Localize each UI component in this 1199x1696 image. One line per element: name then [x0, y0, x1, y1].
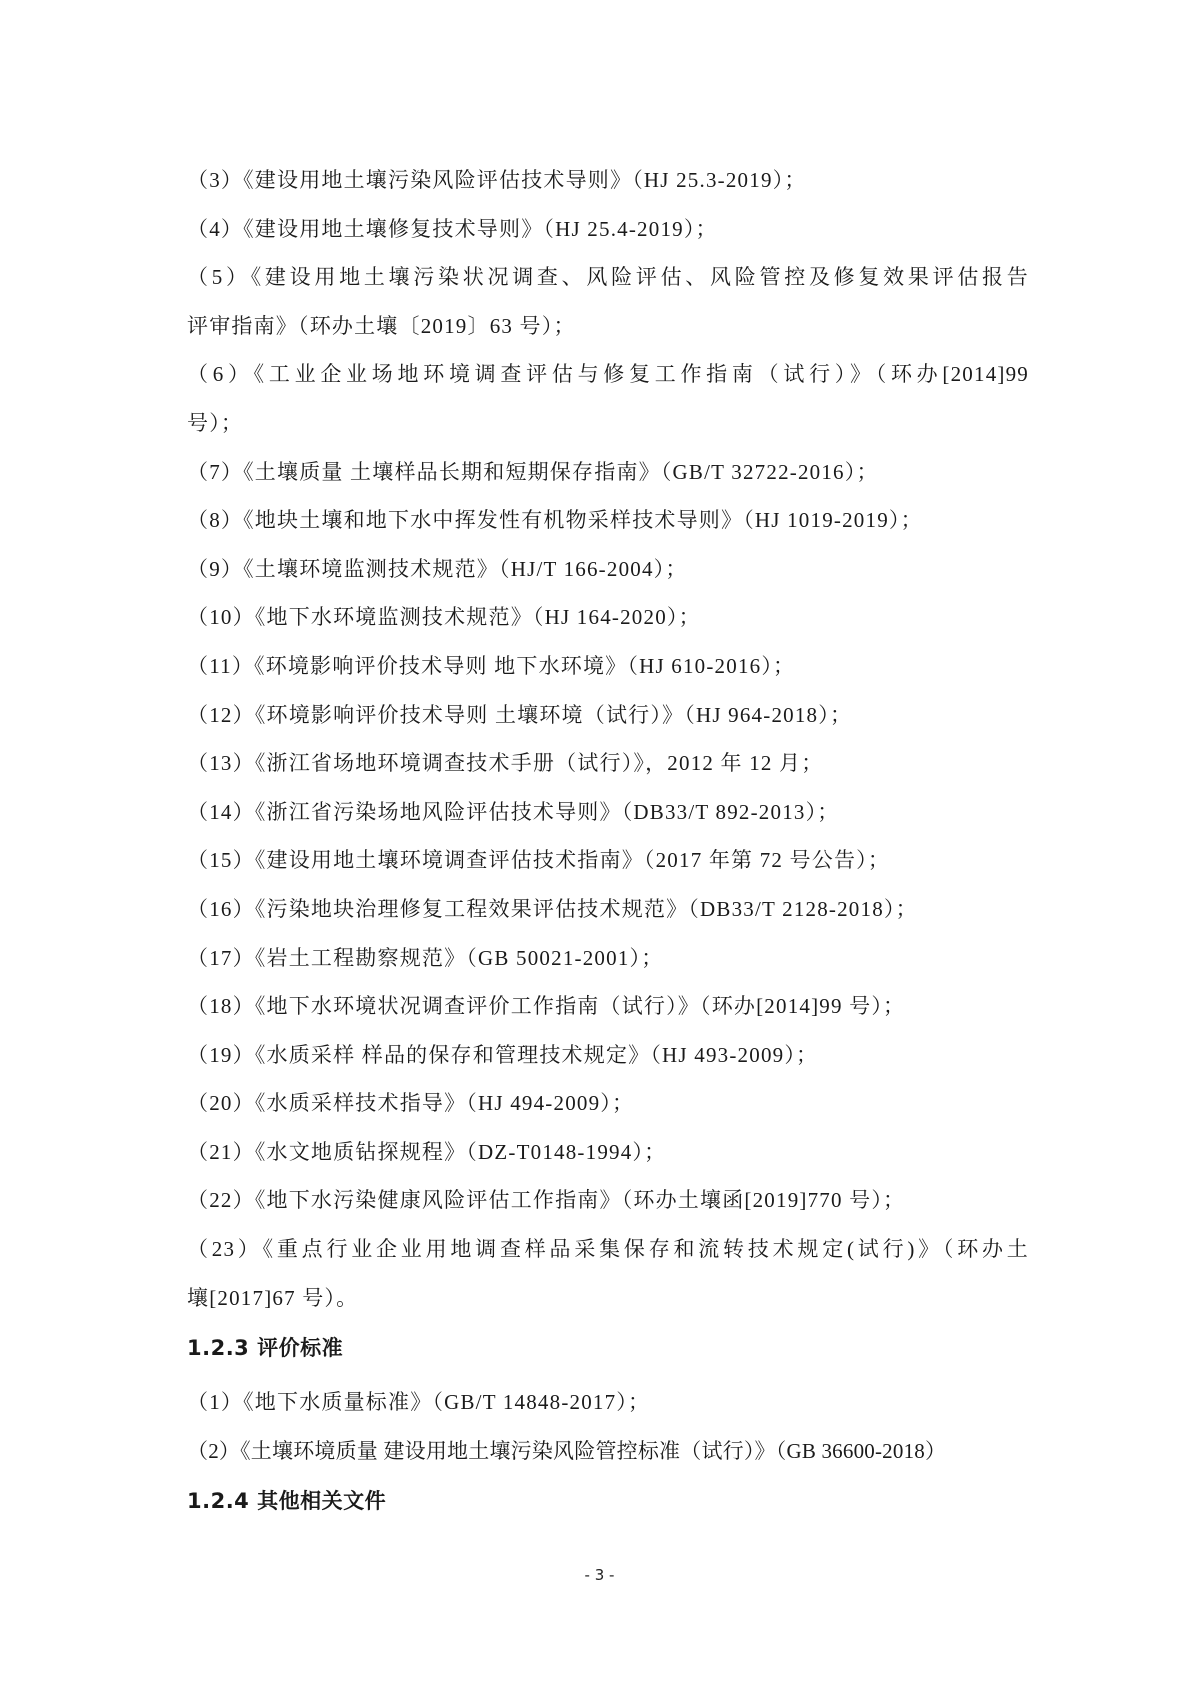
item-number: （6） [187, 362, 254, 386]
item-number: （4） [187, 217, 243, 241]
item-text: 《建设用地土壤环境调查评估技术指南》（2017 年第 72 号公告）； [255, 848, 890, 872]
reference-item-4: （4）《建设用地土壤修复技术导则》（HJ 25.4-2019）； [187, 205, 1029, 254]
item-text: 《地下水环境状况调查评价工作指南（试行）》（环办[2014]99 号）； [255, 994, 905, 1018]
item-number: （18） [187, 994, 255, 1018]
item-number: （13） [187, 751, 255, 775]
item-text: 《土壤环境质量 建设用地土壤污染风险管控标准（试行）》（GB 36600-201… [240, 1439, 946, 1463]
item-text: 《水文地质钻探规程》（DZ-T0148-1994）； [255, 1140, 667, 1164]
reference-item-3: （3）《建设用地土壤污染风险评估技术导则》（HJ 25.3-2019）； [187, 156, 1029, 205]
reference-item-10: （10）《地下水环境监测技术规范》（HJ 164-2020）； [187, 593, 1029, 642]
reference-item-9: （9）《土壤环境监测技术规范》（HJ/T 166-2004）； [187, 545, 1029, 594]
reference-item-12: （12）《环境影响评价技术导则 土壤环境（试行）》（HJ 964-2018）； [187, 691, 1029, 740]
reference-item-15: （15）《建设用地土壤环境调查评估技术指南》（2017 年第 72 号公告）； [187, 836, 1029, 885]
reference-item-23-continuation: 壤[2017]67 号）。 [187, 1274, 1029, 1323]
page-number: - 3 - [0, 1566, 1199, 1584]
item-number: （16） [187, 897, 255, 921]
reference-item-13: （13）《浙江省场地环境调查技术手册（试行）》，2012 年 12 月； [187, 739, 1029, 788]
reference-item-7: （7）《土壤质量 土壤样品长期和短期保存指南》（GB/T 32722-2016）… [187, 448, 1029, 497]
reference-item-5: （5）《建设用地土壤污染状况调查、风险评估、风险管控及修复效果评估报告 [187, 253, 1029, 302]
item-text: 《地块土壤和地下水中挥发性有机物采样技术导则》（HJ 1019-2019）； [243, 508, 923, 532]
item-number: （20） [187, 1091, 255, 1115]
reference-item-18: （18）《地下水环境状况调查评价工作指南（试行）》（环办[2014]99 号）； [187, 982, 1029, 1031]
item-number: （7） [187, 460, 243, 484]
reference-item-20: （20）《水质采样技术指导》（HJ 494-2009）； [187, 1079, 1029, 1128]
item-text: 《污染地块治理修复工程效果评估技术规范》（DB33/T 2128-2018）； [255, 897, 918, 921]
item-number: （19） [187, 1043, 255, 1067]
item-text: 《建设用地土壤污染状况调查、风险评估、风险管控及修复效果评估报告 [251, 265, 1029, 289]
reference-item-6: （6）《工业企业场地环境调查评估与修复工作指南（试行）》（环办[2014]99 [187, 350, 1029, 399]
item-number: （8） [187, 508, 243, 532]
section-heading-other-documents: 1.2.4 其他相关文件 [187, 1475, 1029, 1527]
item-text: 《地下水污染健康风险评估工作指南》（环办土壤函[2019]770 号）； [255, 1188, 905, 1212]
item-text: 《浙江省污染场地风险评估技术导则》（DB33/T 892-2013）； [255, 800, 840, 824]
reference-item-22: （22）《地下水污染健康风险评估工作指南》（环办土壤函[2019]770 号）； [187, 1176, 1029, 1225]
standard-item-2: （2）《土壤环境质量 建设用地土壤污染风险管控标准（试行）》（GB 36600-… [187, 1427, 1029, 1476]
document-page: （3）《建设用地土壤污染风险评估技术导则》（HJ 25.3-2019）； （4）… [0, 0, 1199, 1696]
item-text: 《地下水环境监测技术规范》（HJ 164-2020）； [255, 605, 701, 629]
standard-item-1: （1）《地下水质量标准》（GB/T 14848-2017）； [187, 1378, 1029, 1427]
item-number: （12） [187, 703, 255, 727]
item-number: （9） [187, 557, 243, 581]
item-text: 《土壤环境监测技术规范》（HJ/T 166-2004）； [243, 557, 687, 581]
item-text: 《建设用地土壤污染风险评估技术导则》（HJ 25.3-2019）； [243, 168, 806, 192]
item-text: 《浙江省场地环境调查技术手册（试行）》，2012 年 12 月； [255, 751, 824, 775]
item-text: 《土壤质量 土壤样品长期和短期保存指南》（GB/T 32722-2016）； [243, 460, 879, 484]
item-number: （22） [187, 1188, 255, 1212]
item-number: （15） [187, 848, 255, 872]
reference-item-16: （16）《污染地块治理修复工程效果评估技术规范》（DB33/T 2128-201… [187, 885, 1029, 934]
item-text: 《工业企业场地环境调查评估与修复工作指南（试行）》（环办[2014]99 [254, 362, 1029, 386]
item-number: （14） [187, 800, 255, 824]
reference-item-17: （17）《岩土工程勘察规范》（GB 50021-2001）； [187, 934, 1029, 983]
item-text: 《水质采样技术指导》（HJ 494-2009）； [255, 1091, 634, 1115]
item-number: （1） [187, 1390, 243, 1414]
page-content: （3）《建设用地土壤污染风险评估技术导则》（HJ 25.3-2019）； （4）… [187, 156, 1029, 1527]
item-number: （23） [187, 1237, 263, 1261]
item-number: （10） [187, 605, 255, 629]
item-text: 《岩土工程勘察规范》（GB 50021-2001）； [255, 946, 664, 970]
item-number: （2） [187, 1439, 240, 1463]
item-number: （17） [187, 946, 255, 970]
reference-item-19: （19）《水质采样 样品的保存和管理技术规定》（HJ 493-2009）； [187, 1031, 1029, 1080]
reference-item-14: （14）《浙江省污染场地风险评估技术导则》（DB33/T 892-2013）； [187, 788, 1029, 837]
item-text: 《重点行业企业用地调查样品采集保存和流转技术规定(试行)》（环办土 [263, 1237, 1029, 1261]
reference-item-6-continuation: 号）； [187, 399, 1029, 448]
item-text: 《环境影响评价技术导则 地下水环境》（HJ 610-2016）； [254, 654, 795, 678]
item-number: （3） [187, 168, 243, 192]
item-number: （21） [187, 1140, 255, 1164]
item-text: 《建设用地土壤修复技术导则》（HJ 25.4-2019）； [243, 217, 718, 241]
reference-item-21: （21）《水文地质钻探规程》（DZ-T0148-1994）； [187, 1128, 1029, 1177]
item-text: 《水质采样 样品的保存和管理技术规定》（HJ 493-2009）； [255, 1043, 818, 1067]
reference-item-8: （8）《地块土壤和地下水中挥发性有机物采样技术导则》（HJ 1019-2019）… [187, 496, 1029, 545]
reference-item-11: （11）《环境影响评价技术导则 地下水环境》（HJ 610-2016）； [187, 642, 1029, 691]
reference-item-5-continuation: 评审指南》（环办土壤〔2019〕63 号）； [187, 302, 1029, 351]
item-text: 《环境影响评价技术导则 土壤环境（试行）》（HJ 964-2018）； [255, 703, 852, 727]
item-number: （5） [187, 265, 251, 289]
reference-item-23: （23）《重点行业企业用地调查样品采集保存和流转技术规定(试行)》（环办土 [187, 1225, 1029, 1274]
item-number: （11） [187, 654, 254, 678]
section-heading-evaluation-standards: 1.2.3 评价标准 [187, 1322, 1029, 1374]
item-text: 《地下水质量标准》（GB/T 14848-2017）； [243, 1390, 650, 1414]
